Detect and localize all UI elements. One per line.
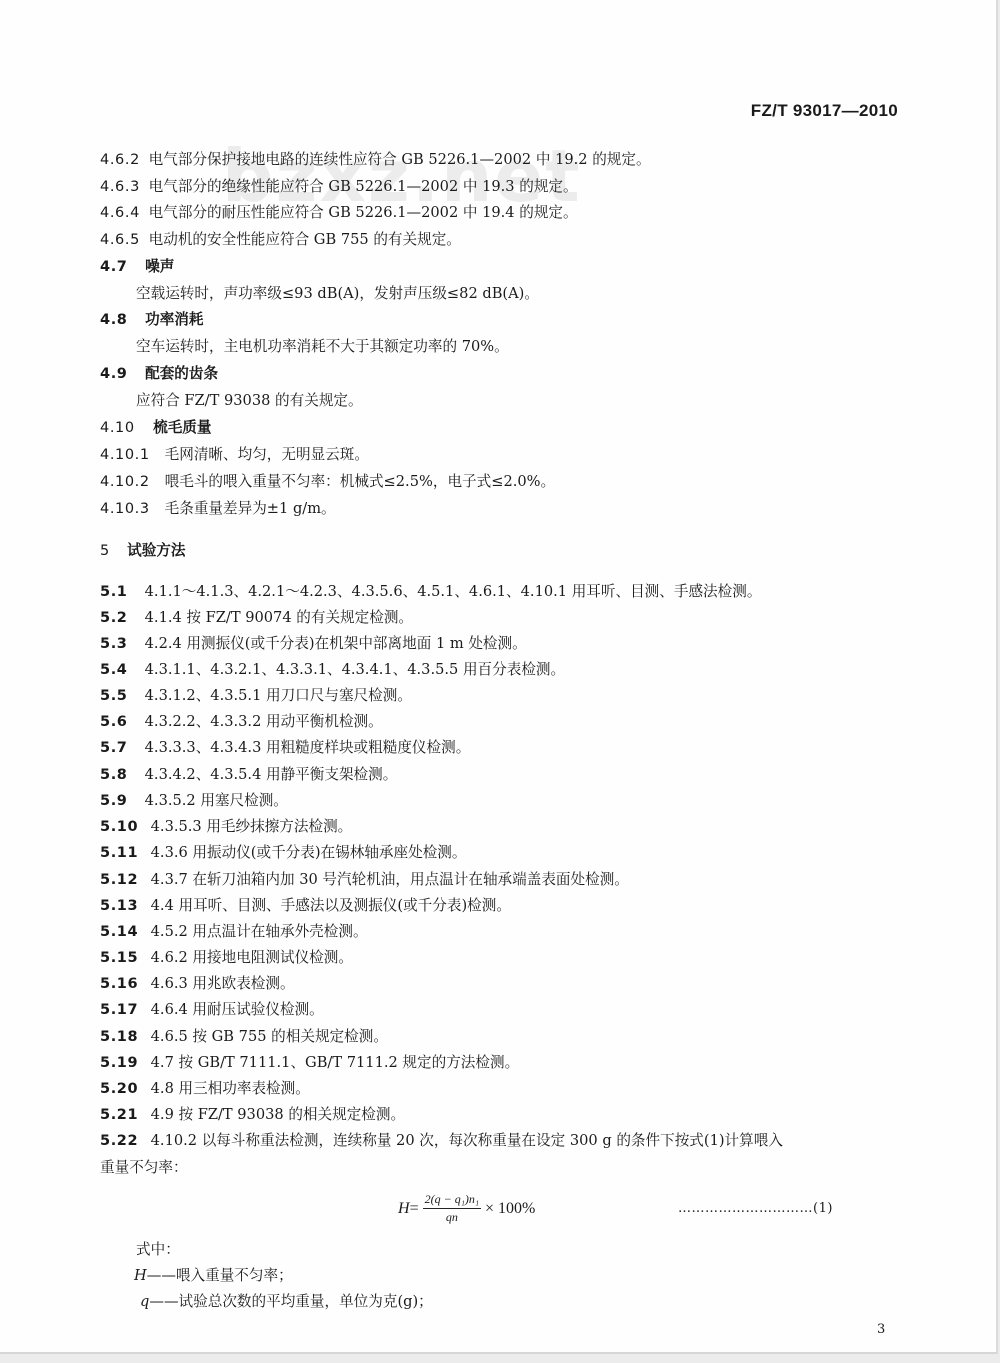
section-number: 4.7 xyxy=(100,257,140,277)
test-text: 4.5.2 用点温计在轴承外壳检测。 xyxy=(151,923,368,940)
formula-numerator: 2(q − q₁)n₁ xyxy=(423,1192,481,1209)
test-5-14: 5.14 4.5.2 用点温计在轴承外壳检测。 xyxy=(100,922,368,942)
formula-multiplier: × 100% xyxy=(485,1200,535,1218)
clause-4-6-4: 4.6.4 电气部分的耐压性能应符合 GB 5226.1—2002 中 19.4… xyxy=(100,203,578,223)
test-text: 4.6.4 用耐压试验仪检测。 xyxy=(151,1001,324,1018)
test-5-22-continued: 重量不匀率： xyxy=(100,1158,188,1178)
test-5-1: 5.1 4.1.1～4.1.3、4.2.1～4.2.3、4.3.5.6、4.5.… xyxy=(100,582,761,602)
clause-number: 4.6.4 xyxy=(100,203,144,223)
section-number: 4.8 xyxy=(100,310,140,330)
section-title: 噪声 xyxy=(145,258,174,275)
clause-4-10-3: 4.10.3 毛条重量差异为±1 g/m。 xyxy=(100,499,336,519)
test-5-2: 5.2 4.1.4 按 FZ/T 90074 的有关规定检测。 xyxy=(100,608,413,628)
clause-text: 电动机的安全性能应符合 GB 755 的有关规定。 xyxy=(149,231,461,248)
section-title: 梳毛质量 xyxy=(153,419,211,436)
test-text: 4.4 用耳听、目测、手感法以及测振仪(或千分表)检测。 xyxy=(151,897,511,914)
clause-4-6-2: 4.6.2 电气部分保护接地电路的连续性应符合 GB 5226.1—2002 中… xyxy=(100,150,651,170)
test-text: 4.3.2.2、4.3.3.2 用动平衡机检测。 xyxy=(145,713,383,730)
equation-reference: …………………………(1) xyxy=(678,1201,833,1216)
test-number: 5.19 xyxy=(100,1053,146,1073)
clause-number: 4.10.2 xyxy=(100,472,160,492)
test-5-22: 5.22 4.10.2 以每斗称重法检测，连续称量 20 次，每次称重量在设定 … xyxy=(100,1131,783,1151)
section-4-7-body: 空载运转时，声功率级≤93 dB(A)，发射声压级≤82 dB(A)。 xyxy=(136,284,539,304)
test-number: 5.9 xyxy=(100,791,140,811)
section-4-8-heading: 4.8 功率消耗 xyxy=(100,310,203,330)
chapter-number: 5 xyxy=(100,541,122,561)
test-text: 4.10.2 以每斗称重法检测，连续称量 20 次，每次称重量在设定 300 g… xyxy=(151,1132,783,1149)
test-text: 4.9 按 FZ/T 93038 的相关规定检测。 xyxy=(151,1106,405,1123)
test-text: 4.3.5.2 用塞尺检测。 xyxy=(145,792,288,809)
test-number: 5.5 xyxy=(100,686,140,706)
test-number: 5.7 xyxy=(100,738,140,758)
test-number: 5.15 xyxy=(100,948,146,968)
section-title: 功率消耗 xyxy=(145,311,203,328)
test-number: 5.21 xyxy=(100,1105,146,1125)
test-number: 5.16 xyxy=(100,974,146,994)
test-5-20: 5.20 4.8 用三相功率表检测。 xyxy=(100,1079,310,1099)
where-item-h: H——喂入重量不匀率； xyxy=(134,1266,293,1286)
test-number: 5.17 xyxy=(100,1000,146,1020)
test-5-10: 5.10 4.3.5.3 用毛纱抹擦方法检测。 xyxy=(100,817,352,837)
test-5-12: 5.12 4.3.7 在斩刀油箱内加 30 号汽轮机油，用点温计在轴承端盖表面处… xyxy=(100,870,629,890)
test-number: 5.3 xyxy=(100,634,140,654)
clause-number: 4.6.3 xyxy=(100,177,144,197)
clause-4-10-1: 4.10.1 毛网清晰、均匀，无明显云斑。 xyxy=(100,445,369,465)
formula-fraction: 2(q − q₁)n₁ qn xyxy=(423,1192,481,1225)
test-5-3: 5.3 4.2.4 用测振仪(或千分表)在机架中部离地面 1 m 处检测。 xyxy=(100,634,527,654)
chapter-title: 试验方法 xyxy=(127,542,185,559)
test-5-18: 5.18 4.6.5 按 GB 755 的相关规定检测。 xyxy=(100,1027,388,1047)
test-5-21: 5.21 4.9 按 FZ/T 93038 的相关规定检测。 xyxy=(100,1105,405,1125)
test-number: 5.13 xyxy=(100,896,146,916)
section-4-9-body: 应符合 FZ/T 93038 的有关规定。 xyxy=(136,391,363,411)
test-text: 4.6.2 用接地电阻测试仪检测。 xyxy=(151,949,353,966)
clause-text: 电气部分的绝缘性能应符合 GB 5226.1—2002 中 19.3 的规定。 xyxy=(149,178,578,195)
formula-lhs: H xyxy=(398,1200,410,1218)
test-text: 4.3.7 在斩刀油箱内加 30 号汽轮机油，用点温计在轴承端盖表面处检测。 xyxy=(151,871,629,888)
test-number: 5.12 xyxy=(100,870,146,890)
variable-description: ——喂入重量不匀率； xyxy=(147,1267,293,1284)
variable-symbol: H xyxy=(134,1267,147,1284)
test-text: 4.3.4.2、4.3.5.4 用静平衡支架检测。 xyxy=(145,766,398,783)
section-number: 4.9 xyxy=(100,364,140,384)
test-text: 4.6.3 用兆欧表检测。 xyxy=(151,975,295,992)
test-number: 5.6 xyxy=(100,712,140,732)
clause-4-10-2: 4.10.2 喂毛斗的喂入重量不匀率：机械式≤2.5%，电子式≤2.0%。 xyxy=(100,472,555,492)
test-5-4: 5.4 4.3.1.1、4.3.2.1、4.3.3.1、4.3.4.1、4.3.… xyxy=(100,660,565,680)
formula-denominator: qn xyxy=(446,1209,458,1225)
formula-1: H = 2(q − q₁)n₁ qn × 100% xyxy=(398,1192,535,1225)
test-5-8: 5.8 4.3.4.2、4.3.5.4 用静平衡支架检测。 xyxy=(100,765,397,785)
test-number: 5.14 xyxy=(100,922,146,942)
clause-text: 喂毛斗的喂入重量不匀率：机械式≤2.5%，电子式≤2.0%。 xyxy=(165,473,556,490)
section-title: 配套的齿条 xyxy=(145,365,218,382)
test-number: 5.11 xyxy=(100,843,146,863)
section-4-9-heading: 4.9 配套的齿条 xyxy=(100,364,218,384)
test-number: 5.2 xyxy=(100,608,140,628)
test-5-7: 5.7 4.3.3.3、4.3.4.3 用粗糙度样块或粗糙度仪检测。 xyxy=(100,738,470,758)
variable-symbol: q xyxy=(140,1293,149,1310)
test-number: 5.4 xyxy=(100,660,140,680)
page-number: 3 xyxy=(877,1322,885,1337)
test-5-15: 5.15 4.6.2 用接地电阻测试仪检测。 xyxy=(100,948,353,968)
clause-4-6-3: 4.6.3 电气部分的绝缘性能应符合 GB 5226.1—2002 中 19.3… xyxy=(100,177,578,197)
test-number: 5.20 xyxy=(100,1079,146,1099)
section-4-7-heading: 4.7 噪声 xyxy=(100,257,174,277)
clause-number: 4.6.5 xyxy=(100,230,144,250)
test-5-6: 5.6 4.3.2.2、4.3.3.2 用动平衡机检测。 xyxy=(100,712,383,732)
test-text: 4.8 用三相功率表检测。 xyxy=(151,1080,310,1097)
document-page: bzxz.net FZ/T 93017—2010 4.6.2 电气部分保护接地电… xyxy=(0,0,998,1354)
test-5-11: 5.11 4.3.6 用振动仪(或千分表)在锡林轴承座处检测。 xyxy=(100,843,467,863)
clause-number: 4.6.2 xyxy=(100,150,144,170)
test-number: 5.18 xyxy=(100,1027,146,1047)
clause-text: 毛条重量差异为±1 g/m。 xyxy=(165,500,336,517)
chapter-5-heading: 5 试验方法 xyxy=(100,541,185,561)
test-number: 5.8 xyxy=(100,765,140,785)
test-text: 4.1.1～4.1.3、4.2.1～4.2.3、4.3.5.6、4.5.1、4.… xyxy=(145,583,762,600)
section-4-8-body: 空车运转时，主电机功率消耗不大于其额定功率的 70%。 xyxy=(136,337,509,357)
test-text: 4.3.1.1、4.3.2.1、4.3.3.1、4.3.4.1、4.3.5.5 … xyxy=(145,661,565,678)
test-number: 5.22 xyxy=(100,1131,146,1151)
test-text: 4.1.4 按 FZ/T 90074 的有关规定检测。 xyxy=(145,609,413,626)
clause-text: 毛网清晰、均匀，无明显云斑。 xyxy=(165,446,369,463)
section-number: 4.10 xyxy=(100,418,148,438)
clause-4-6-5: 4.6.5 电动机的安全性能应符合 GB 755 的有关规定。 xyxy=(100,230,461,250)
test-text: 4.6.5 按 GB 755 的相关规定检测。 xyxy=(151,1028,388,1045)
test-5-13: 5.13 4.4 用耳听、目测、手感法以及测振仪(或千分表)检测。 xyxy=(100,896,511,916)
test-text: 4.3.5.3 用毛纱抹擦方法检测。 xyxy=(151,818,353,835)
clause-text: 电气部分的耐压性能应符合 GB 5226.1—2002 中 19.4 的规定。 xyxy=(149,204,578,221)
clause-number: 4.10.3 xyxy=(100,499,160,519)
test-number: 5.10 xyxy=(100,817,146,837)
standard-code-header: FZ/T 93017—2010 xyxy=(751,101,898,121)
test-text: 4.3.6 用振动仪(或千分表)在锡林轴承座处检测。 xyxy=(151,844,467,861)
where-label: 式中： xyxy=(136,1240,180,1260)
clause-number: 4.10.1 xyxy=(100,445,160,465)
formula-equals: = xyxy=(410,1200,419,1218)
test-text: 4.3.3.3、4.3.4.3 用粗糙度样块或粗糙度仪检测。 xyxy=(145,739,471,756)
clause-text: 电气部分保护接地电路的连续性应符合 GB 5226.1—2002 中 19.2 … xyxy=(149,151,651,168)
test-5-5: 5.5 4.3.1.2、4.3.5.1 用刀口尺与塞尺检测。 xyxy=(100,686,412,706)
where-item-q: q——试验总次数的平均重量，单位为克(g)； xyxy=(140,1292,433,1312)
test-number: 5.1 xyxy=(100,582,140,602)
test-5-19: 5.19 4.7 按 GB/T 7111.1、GB/T 7111.2 规定的方法… xyxy=(100,1053,519,1073)
test-5-16: 5.16 4.6.3 用兆欧表检测。 xyxy=(100,974,295,994)
variable-description: ——试验总次数的平均重量，单位为克(g)； xyxy=(149,1293,432,1310)
test-text: 4.2.4 用测振仪(或千分表)在机架中部离地面 1 m 处检测。 xyxy=(145,635,527,652)
test-text: 4.7 按 GB/T 7111.1、GB/T 7111.2 规定的方法检测。 xyxy=(151,1054,520,1071)
test-5-9: 5.9 4.3.5.2 用塞尺检测。 xyxy=(100,791,288,811)
test-5-17: 5.17 4.6.4 用耐压试验仪检测。 xyxy=(100,1000,324,1020)
test-text: 4.3.1.2、4.3.5.1 用刀口尺与塞尺检测。 xyxy=(145,687,412,704)
section-4-10-heading: 4.10 梳毛质量 xyxy=(100,418,211,438)
